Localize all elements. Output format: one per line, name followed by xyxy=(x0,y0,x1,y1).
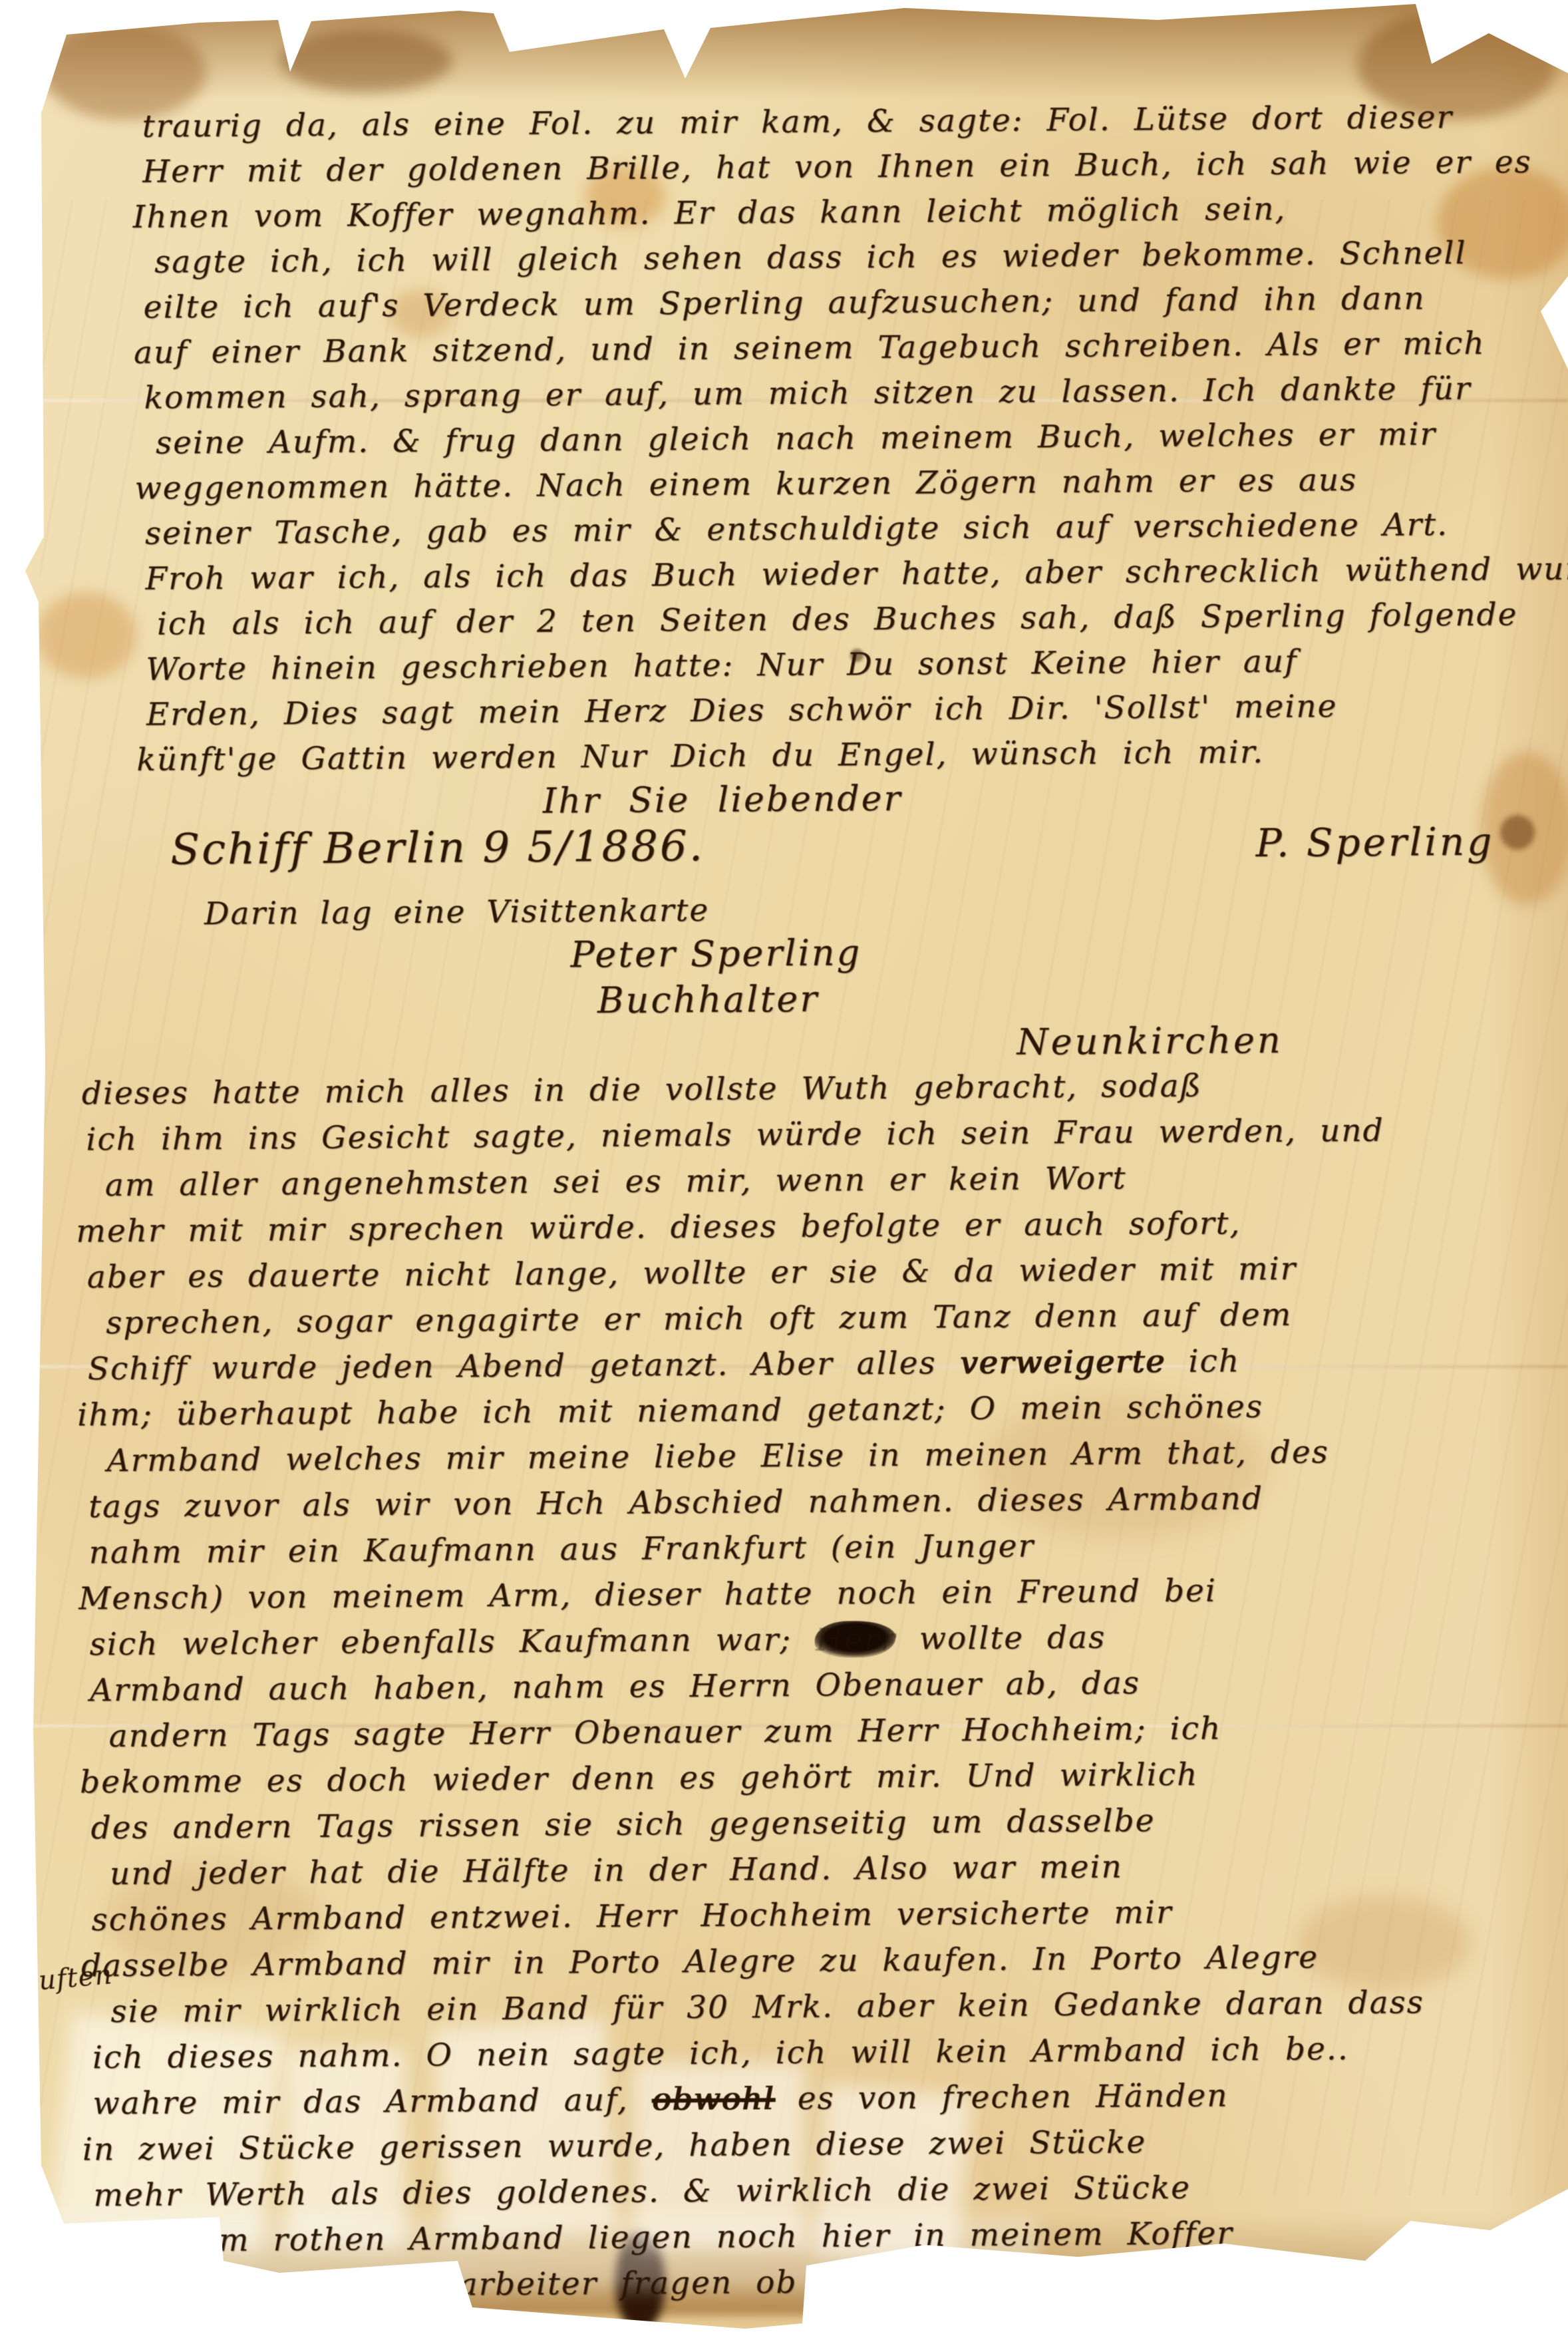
date-signature-row: Schiff Berlin 9 5/1886. P. Sperling xyxy=(37,816,1541,896)
text-segment: tags zuvor als wir von Hch Abschied nahm… xyxy=(88,1480,1263,1525)
text-segment: des andern Tags rissen sie sich gegensei… xyxy=(90,1802,1155,1846)
signature: P. Sperling xyxy=(1255,819,1494,866)
handwritten-text: traurig da, als eine Fol. zu mir kam, & … xyxy=(32,94,1551,2311)
strike-word: obwohl xyxy=(651,2081,774,2118)
paragraph-1: traurig da, als eine Fol. zu mir kam, & … xyxy=(32,94,1540,784)
visiting-card-title: Buchhalter xyxy=(597,971,1542,1023)
text-segment: sagte ich, ich will gleich sehen dass ic… xyxy=(154,235,1467,281)
text-segment: eilte ich auf's Verdeck um Sperling aufz… xyxy=(143,280,1425,325)
text-segment: dasselbe Armband mir in Porto Alegre zu … xyxy=(81,1939,1319,1984)
text-segment: wollte das xyxy=(896,1619,1106,1657)
visiting-card-place: Neunkirchen xyxy=(1017,1017,1542,1065)
paper-sheet: traurig da, als eine Fol. zu mir kam, & … xyxy=(0,0,1568,2342)
text-segment: von dem rothen Armband liegen noch hier … xyxy=(94,2215,1233,2259)
text-segment: schönes Armband entzwei. Herr Hochheim v… xyxy=(91,1894,1172,1938)
text-segment: ich ihm ins Gesicht sagte, niemals würde… xyxy=(86,1112,1384,1158)
text-segment: am aller angenehmsten sei es mir, wenn e… xyxy=(105,1160,1127,1204)
text-segment: mehr mit mir sprechen würde. dieses befo… xyxy=(76,1205,1241,1250)
text-segment: aber es dauerte nicht lange, wollte er s… xyxy=(87,1251,1297,1296)
text-segment: es von frechen Händen xyxy=(774,2077,1229,2117)
text-segment: ich als ich auf der 2 ten Seiten des Buc… xyxy=(157,596,1518,642)
text-segment: seiner Tasche, gab es mir & entschuldigt… xyxy=(145,506,1448,552)
text-segment: wahre mir das Armband auf, xyxy=(92,2082,652,2122)
letter-page: traurig da, als eine Fol. zu mir kam, & … xyxy=(0,0,1568,2342)
text-segment: andern Tags sagte Herr Obenauer zum Herr… xyxy=(108,1711,1221,1755)
text-segment: Schiff wurde jeden Abend getanzt. Aber a… xyxy=(88,1345,960,1387)
text-segment: Ihnen vom Koffer wegnahm. Er das kann le… xyxy=(132,191,1286,236)
paragraph-2: dieses hatte mich alles in die vollste W… xyxy=(39,1061,1551,2311)
text-segment: ich xyxy=(1165,1343,1240,1380)
text-segment: Erden, Dies sagt mein Herz Dies schwör i… xyxy=(146,688,1338,733)
text-segment: sprechen, sogar engagirte er mich oft zu… xyxy=(106,1297,1292,1341)
text-line: ich als ich auf der 2 ten Seiten des Buc… xyxy=(157,592,1539,647)
text-segment: traurig da, als eine Fol. zu mir kam, & … xyxy=(142,99,1453,145)
text-segment: Herr mit der goldenen Brille, hat von Ih… xyxy=(142,144,1532,190)
closing-line: Ihr Sie liebender xyxy=(543,773,1541,822)
dateline: Schiff Berlin 9 5/1886. xyxy=(170,822,705,875)
text-segment: sich welcher ebenfalls Kaufmann war; xyxy=(89,1621,815,1663)
text-segment: weggenommen hätte. Nach einem kurzen Zög… xyxy=(134,462,1357,507)
text-segment: ich dieses nahm. O nein sagte ich, ich w… xyxy=(92,2031,1349,2076)
stain xyxy=(279,29,452,92)
visiting-card-name: Peter Sperling xyxy=(570,925,1541,978)
text-segment: in zwei Stücke gerissen wurde, haben die… xyxy=(82,2124,1147,2168)
text-segment: mehr Werth als dies goldenes. & wirklich… xyxy=(93,2170,1191,2214)
text-segment: seine Aufm. & frug dann gleich nach mein… xyxy=(156,416,1436,461)
text-line: & werde den Goldarbeiter fragen ob er es… xyxy=(112,2254,1551,2310)
text-segment: sie mir wirklich ein Band für 30 Mrk. ab… xyxy=(110,1984,1424,2030)
text-segment: Worte hinein geschrieben hatte: Nur Du s… xyxy=(146,643,1297,688)
text-segment: nahm mir ein Kaufmann aus Frankfurt (ein… xyxy=(88,1528,1034,1571)
text-segment: und jeder hat die Hälfte in der Hand. Al… xyxy=(110,1849,1123,1893)
text-segment: bekomme es doch wieder denn es gehört mi… xyxy=(80,1756,1199,1801)
text-segment: dieses hatte mich alles in die vollste W… xyxy=(82,1068,1202,1112)
text-segment: kommen sah, sprang er auf, um mich sitze… xyxy=(144,371,1471,417)
text-segment: Froh war ich, als ich das Buch wieder ha… xyxy=(145,550,1568,597)
text-segment: Armband welches mir meine liebe Elise in… xyxy=(106,1434,1329,1479)
margin-mark: f. xyxy=(15,958,39,997)
aged-top-edge xyxy=(0,0,1568,100)
scribble-word: Herr xyxy=(815,1621,896,1658)
text-segment: Armband auch haben, nahm es Herrn Obenau… xyxy=(90,1665,1140,1709)
text-segment: & werde den Goldarbeiter fragen ob er es… xyxy=(112,2261,1293,2305)
text-segment: ihm; überhaupt habe ich mit niemand geta… xyxy=(77,1389,1263,1433)
bold-word: verweigerte xyxy=(959,1343,1165,1381)
text-segment: auf einer Bank sitzend, und in seinem Ta… xyxy=(134,325,1486,371)
text-segment: künft'ge Gattin werden Nur Dich du Engel… xyxy=(136,734,1264,778)
text-segment: Mensch) von meinem Arm, dieser hatte noc… xyxy=(78,1573,1217,1617)
